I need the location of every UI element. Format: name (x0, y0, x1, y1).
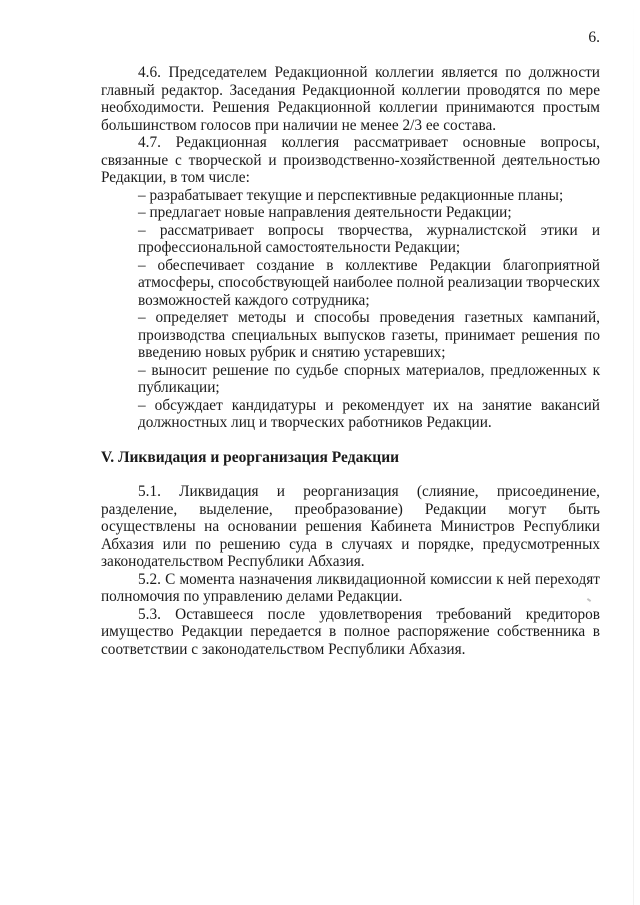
editorial-duties-list: – разрабатывает текущие и перспективные … (101, 187, 600, 432)
list-item: – рассматривает вопросы творчества, журн… (138, 222, 600, 257)
page-number: 6. (588, 29, 600, 47)
paragraph-5-3: 5.3. Оставшееся после удовлетворения тре… (101, 606, 600, 659)
paragraph-5-1: 5.1. Ликвидация и реорганизация (слияние… (101, 483, 600, 571)
list-item: – предлагает новые направления деятельно… (138, 204, 600, 222)
list-item: – определяет методы и способы проведения… (138, 309, 600, 362)
list-item: – выносит решение по судьбе спорных мате… (138, 362, 600, 397)
scan-artifact-line (633, 0, 634, 905)
paragraph-4-7: 4.7. Редакционная коллегия рассматривает… (101, 134, 600, 187)
list-item: – обеспечивает создание в коллективе Ред… (138, 257, 600, 310)
paragraph-4-6: 4.6. Председателем Редакционной коллегии… (101, 64, 600, 134)
list-item: – разрабатывает текущие и перспективные … (138, 187, 600, 205)
section-heading-v: V. Ликвидация и реорганизация Редакции (101, 449, 600, 467)
paragraph-5-2: 5.2. С момента назначения ликвидационной… (101, 571, 600, 606)
list-item: – обсуждает кандидатуры и рекомендует их… (138, 397, 600, 432)
document-body: 4.6. Председателем Редакционной коллегии… (101, 64, 600, 658)
